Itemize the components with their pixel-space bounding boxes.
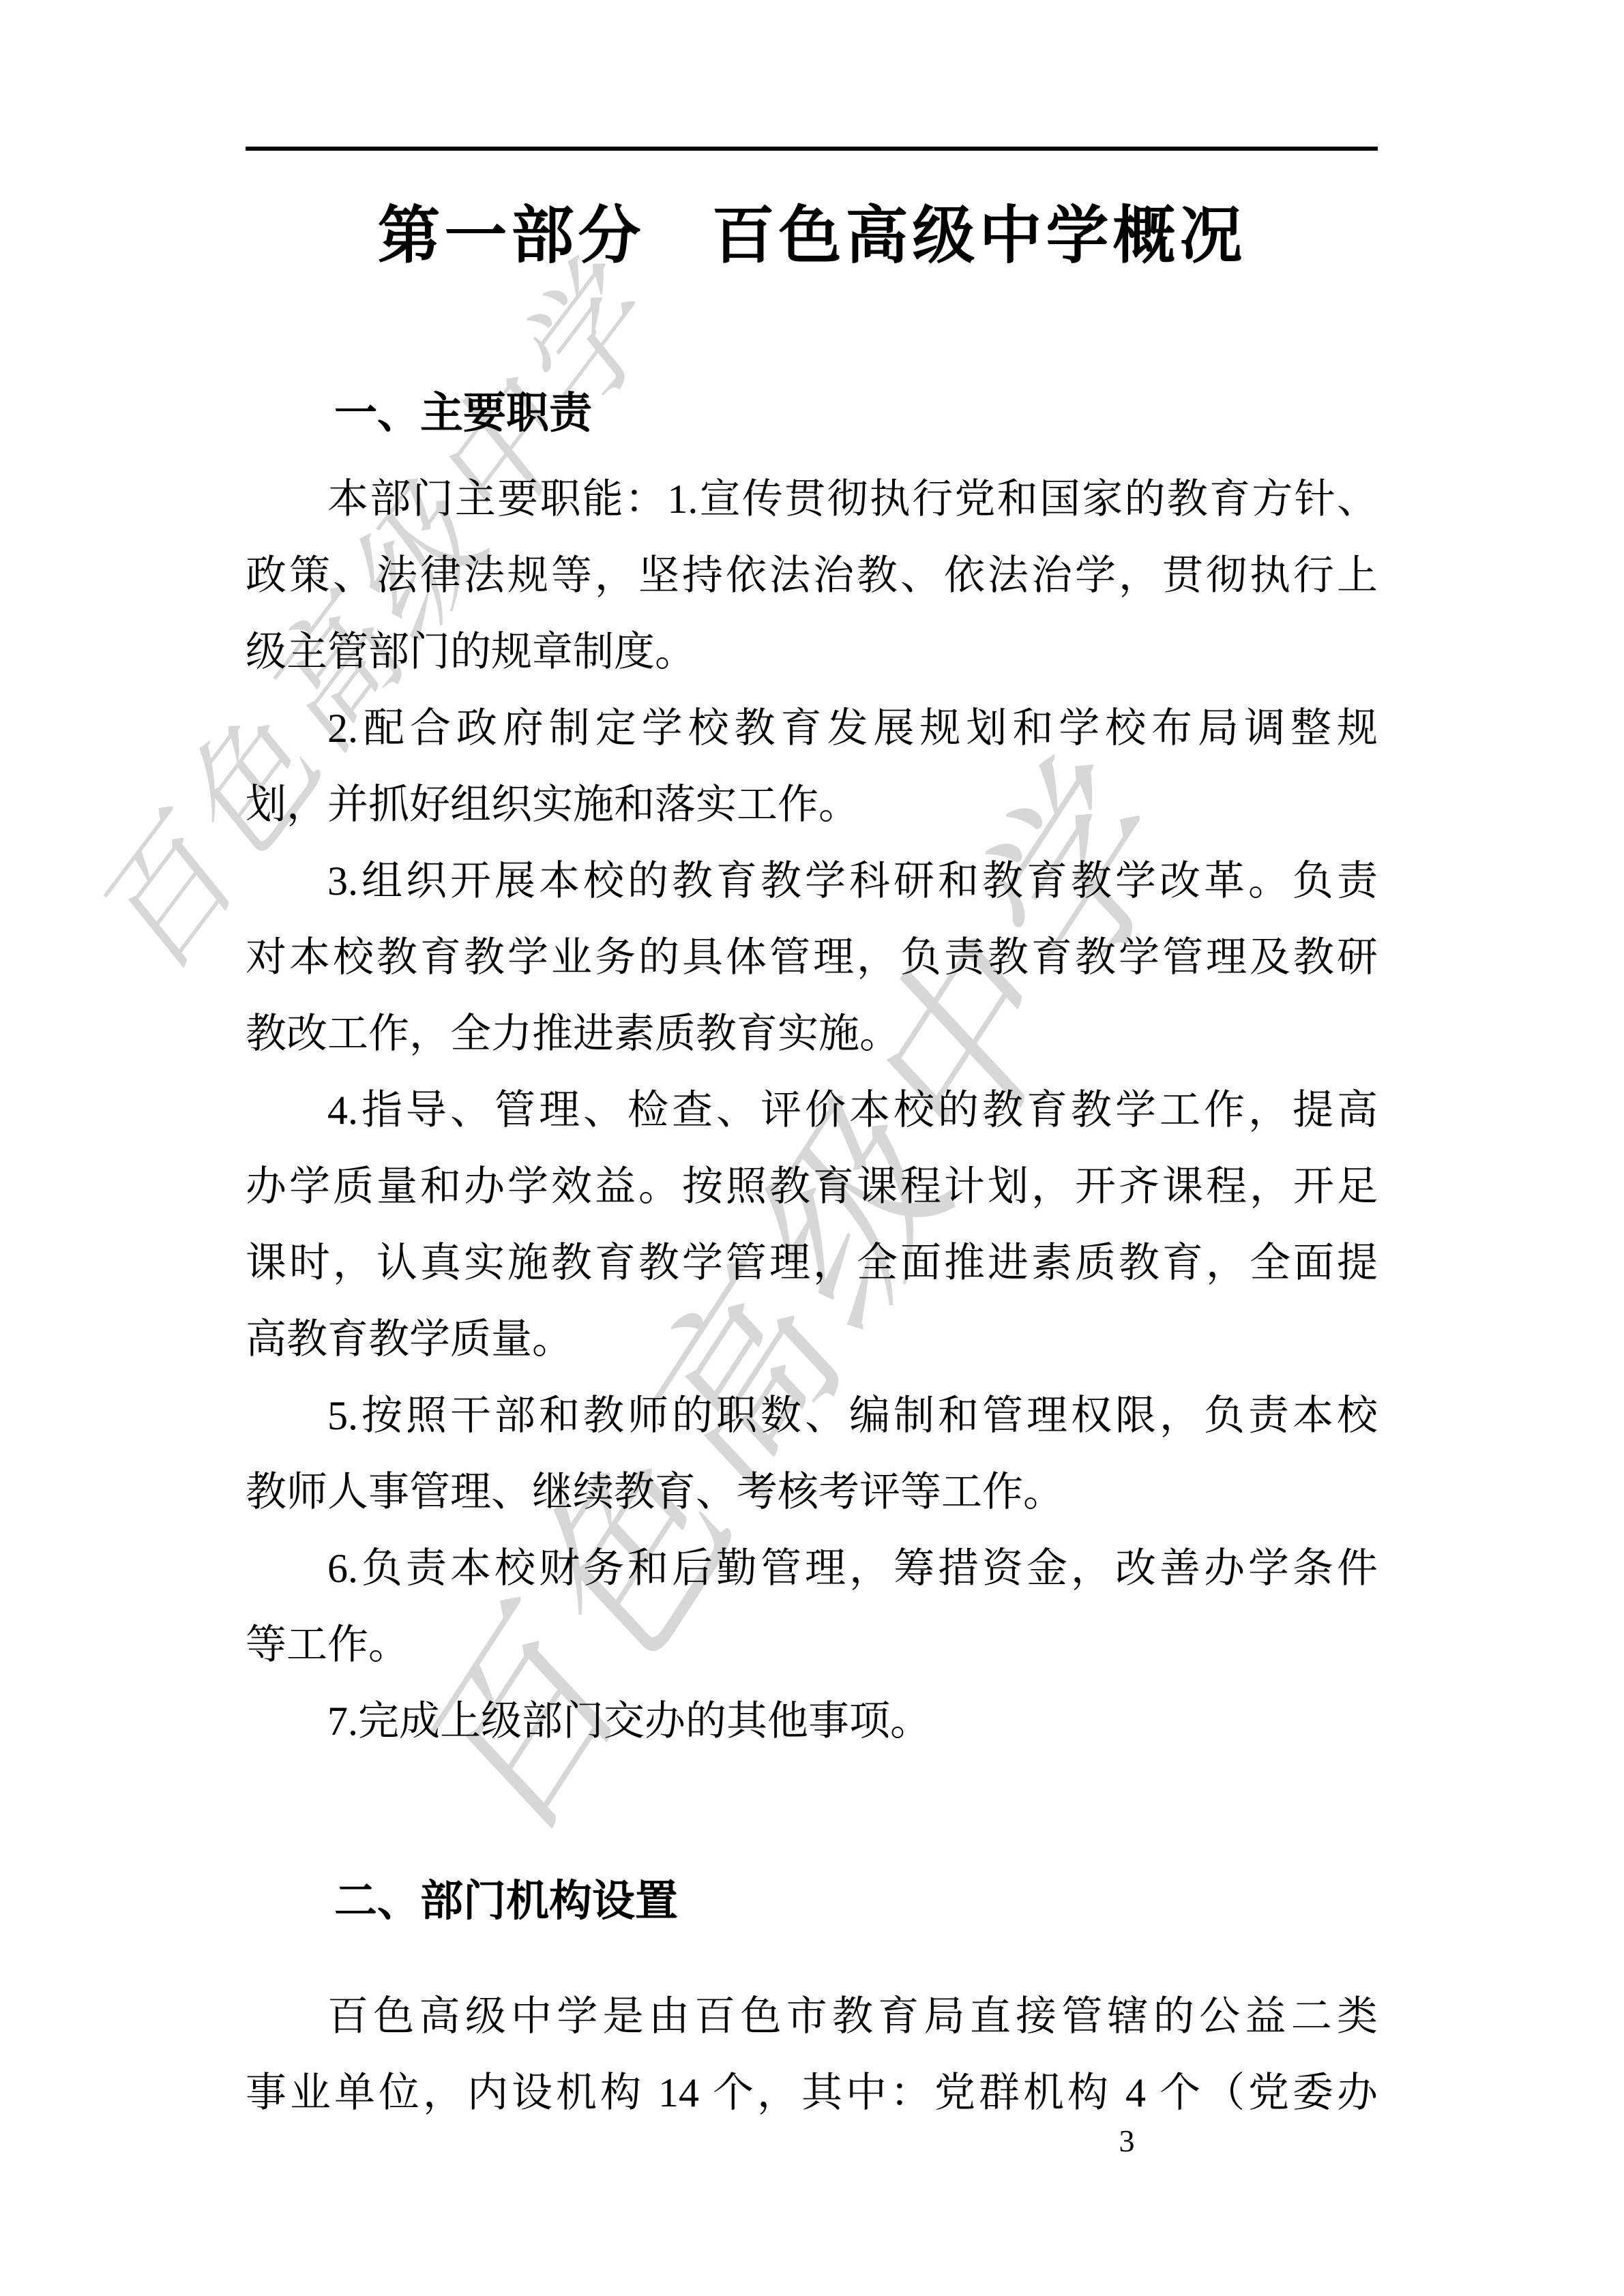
text-line: 课时，认真实施教育教学管理，全面推进素质教育，全面提	[246, 1225, 1378, 1301]
text-line: 7.完成上级部门交办的其他事项。	[246, 1683, 1378, 1759]
text-line: 教师人事管理、继续教育、考核考评等工作。	[246, 1454, 1378, 1530]
text-line: 百色高级中学是由百色市教育局直接管辖的公益二类	[246, 1978, 1378, 2055]
section-heading-main-duties: 一、主要职责	[334, 389, 592, 438]
horizontal-rule	[246, 147, 1378, 151]
text-line: 6.负责本校财务和后勤管理，筹措资金，改善办学条件	[246, 1530, 1378, 1607]
text-line: 政策、法律法规等，坚持依法治教、依法治学，贯彻执行上	[246, 537, 1378, 614]
text-line: 5.按照干部和教师的职数、编制和管理权限，负责本校	[246, 1377, 1378, 1454]
text-line: 划，并抓好组织实施和落实工作。	[246, 766, 1378, 843]
text-line: 对本校教育教学业务的具体管理，负责教育教学管理及教研	[246, 919, 1378, 996]
body-text-section-2: 百色高级中学是由百色市教育局直接管辖的公益二类事业单位，内设机构 14 个，其中…	[246, 1978, 1378, 2131]
text-line: 事业单位，内设机构 14 个，其中：党群机构 4 个（党委办	[246, 2055, 1378, 2131]
text-line: 2.配合政府制定学校教育发展规划和学校布局调整规	[246, 690, 1378, 766]
text-line: 等工作。	[246, 1607, 1378, 1683]
text-line: 3.组织开展本校的教育教学科研和教育教学改革。负责	[246, 843, 1378, 919]
text-line: 4.指导、管理、检查、评价本校的教育教学工作，提高	[246, 1072, 1378, 1148]
text-line: 高教育教学质量。	[246, 1301, 1378, 1377]
page-number: 3	[1099, 2122, 1154, 2160]
body-text-section-1: 本部门主要职能：1.宣传贯彻执行党和国家的教育方针、政策、法律法规等，坚持依法治…	[246, 461, 1378, 1759]
document-page: 百色高级中学 百色高级中学 第一部分 百色高级中学概况 一、主要职责 本部门主要…	[0, 0, 1624, 2296]
text-line: 教改工作，全力推进素质教育实施。	[246, 996, 1378, 1072]
text-line: 级主管部门的规章制度。	[246, 614, 1378, 690]
text-line: 本部门主要职能：1.宣传贯彻执行党和国家的教育方针、	[246, 461, 1378, 537]
text-line: 办学质量和办学效益。按照教育课程计划，开齐课程，开足	[246, 1148, 1378, 1225]
page-title: 第一部分 百色高级中学概况	[0, 200, 1624, 271]
section-heading-org-structure: 二、部门机构设置	[334, 1877, 678, 1926]
